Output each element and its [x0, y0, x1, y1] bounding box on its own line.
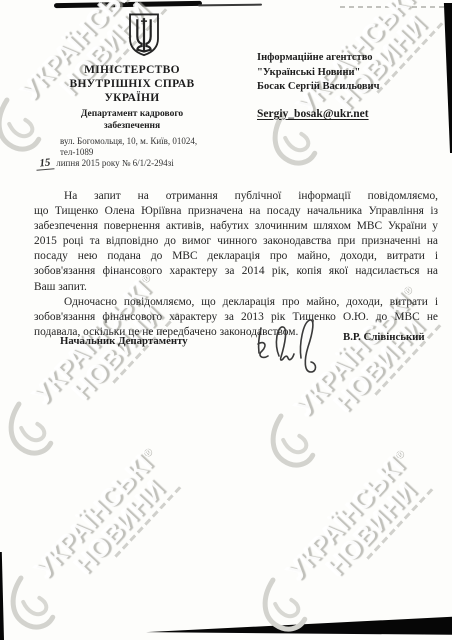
body-line: забезпечення повернення активів, набутих…: [34, 219, 438, 234]
body-line: Ваш запит.: [34, 280, 438, 295]
body-line: 2015 році та відповідно до вимог чинного…: [34, 234, 438, 249]
recipient-line: Босак Сергій Васильович: [257, 80, 449, 95]
ministry-title: МІНІСТЕРСТВО ВНУТРІШНІХ СПРАВ УКРАЇНИ: [30, 63, 234, 105]
watermark-text-line2: НОВИНИ: [322, 463, 434, 580]
handwritten-signature: [246, 314, 326, 380]
body-line: посаду нею подана до МВС декларація про …: [34, 249, 438, 264]
watermark-text-line1: УКРАЇНСЬКІ®: [30, 444, 162, 583]
body-line: зобов'язання фінансового характеру за 20…: [34, 310, 438, 325]
registered-mark: ®: [392, 448, 407, 462]
scan-artifact-bottom-wedge: [146, 615, 452, 637]
body-line: що Тищенко Олена Юріївна призначена на п…: [34, 204, 438, 219]
watermark-text-line1: УКРАЇНСЬКІ®: [282, 446, 414, 585]
address-phone: тел-1089: [60, 147, 234, 158]
handwritten-day: 15: [36, 157, 55, 171]
scan-artifact-top-streak: [54, 1, 202, 8]
date-and-ref-number: 15 липня 2015 року № 6/1/2-294зі: [30, 158, 234, 170]
body-line: зобов'язання фінансового характеру за 20…: [34, 264, 438, 279]
body-line: Одночасно повідомляємо, що декларація пр…: [34, 295, 438, 310]
sender-address: вул. Богомольця, 10, м. Київ, 01024, тел…: [30, 136, 234, 157]
recipient-line: Інформаційне агентство: [257, 51, 449, 66]
scan-artifact-top-streak-tail: [198, 4, 262, 7]
news-agency-logo-icon: [251, 406, 328, 482]
news-agency-logo-icon: [0, 394, 65, 470]
ukraine-trident-emblem-icon: [125, 12, 163, 57]
recipient-line: "Українські Новини": [257, 66, 449, 81]
watermark-tile: УКРАЇНСЬКІ® НОВИНИ: [243, 443, 438, 640]
watermark-tagline-dashes: [366, 487, 434, 559]
letterhead-sender-block: МІНІСТЕРСТВО ВНУТРІШНІХ СПРАВ УКРАЇНИ Де…: [30, 12, 234, 170]
address-street: вул. Богомольця, 10, м. Київ, 01024,: [60, 136, 234, 147]
letter-body: На запит на отримання публічної інформац…: [34, 189, 438, 340]
registered-mark: ®: [140, 446, 155, 460]
news-agency-logo-icon: [0, 568, 67, 640]
scan-artifact-left-edge: [0, 552, 4, 640]
body-line: На запит на отримання публічної інформац…: [34, 189, 438, 204]
watermark-tile: УКРАЇНСЬКІ® НОВИНИ: [0, 441, 186, 640]
signer-position-title: Начальник Департаменту: [60, 335, 188, 347]
scan-artifact-top-dots: [340, 6, 444, 8]
signer-name: В.Р. Слівінський: [343, 331, 425, 343]
department-title: Департамент кадрового забезпечення: [30, 109, 234, 132]
recipient-block: Інформаційне агентство "Українські Новин…: [257, 51, 449, 120]
date-ref-text: липня 2015 року № 6/1/2-294зі: [56, 158, 173, 168]
recipient-email: Sergiy_bosak@ukr.net: [257, 108, 449, 120]
scanned-letter-page: УКРАЇНСЬКІ® НОВИНИ УКРАЇНСЬКІ® НОВИНИ УК…: [0, 0, 452, 640]
watermark-text-line2: НОВИНИ: [70, 461, 182, 578]
watermark-tagline-dashes: [114, 485, 182, 557]
